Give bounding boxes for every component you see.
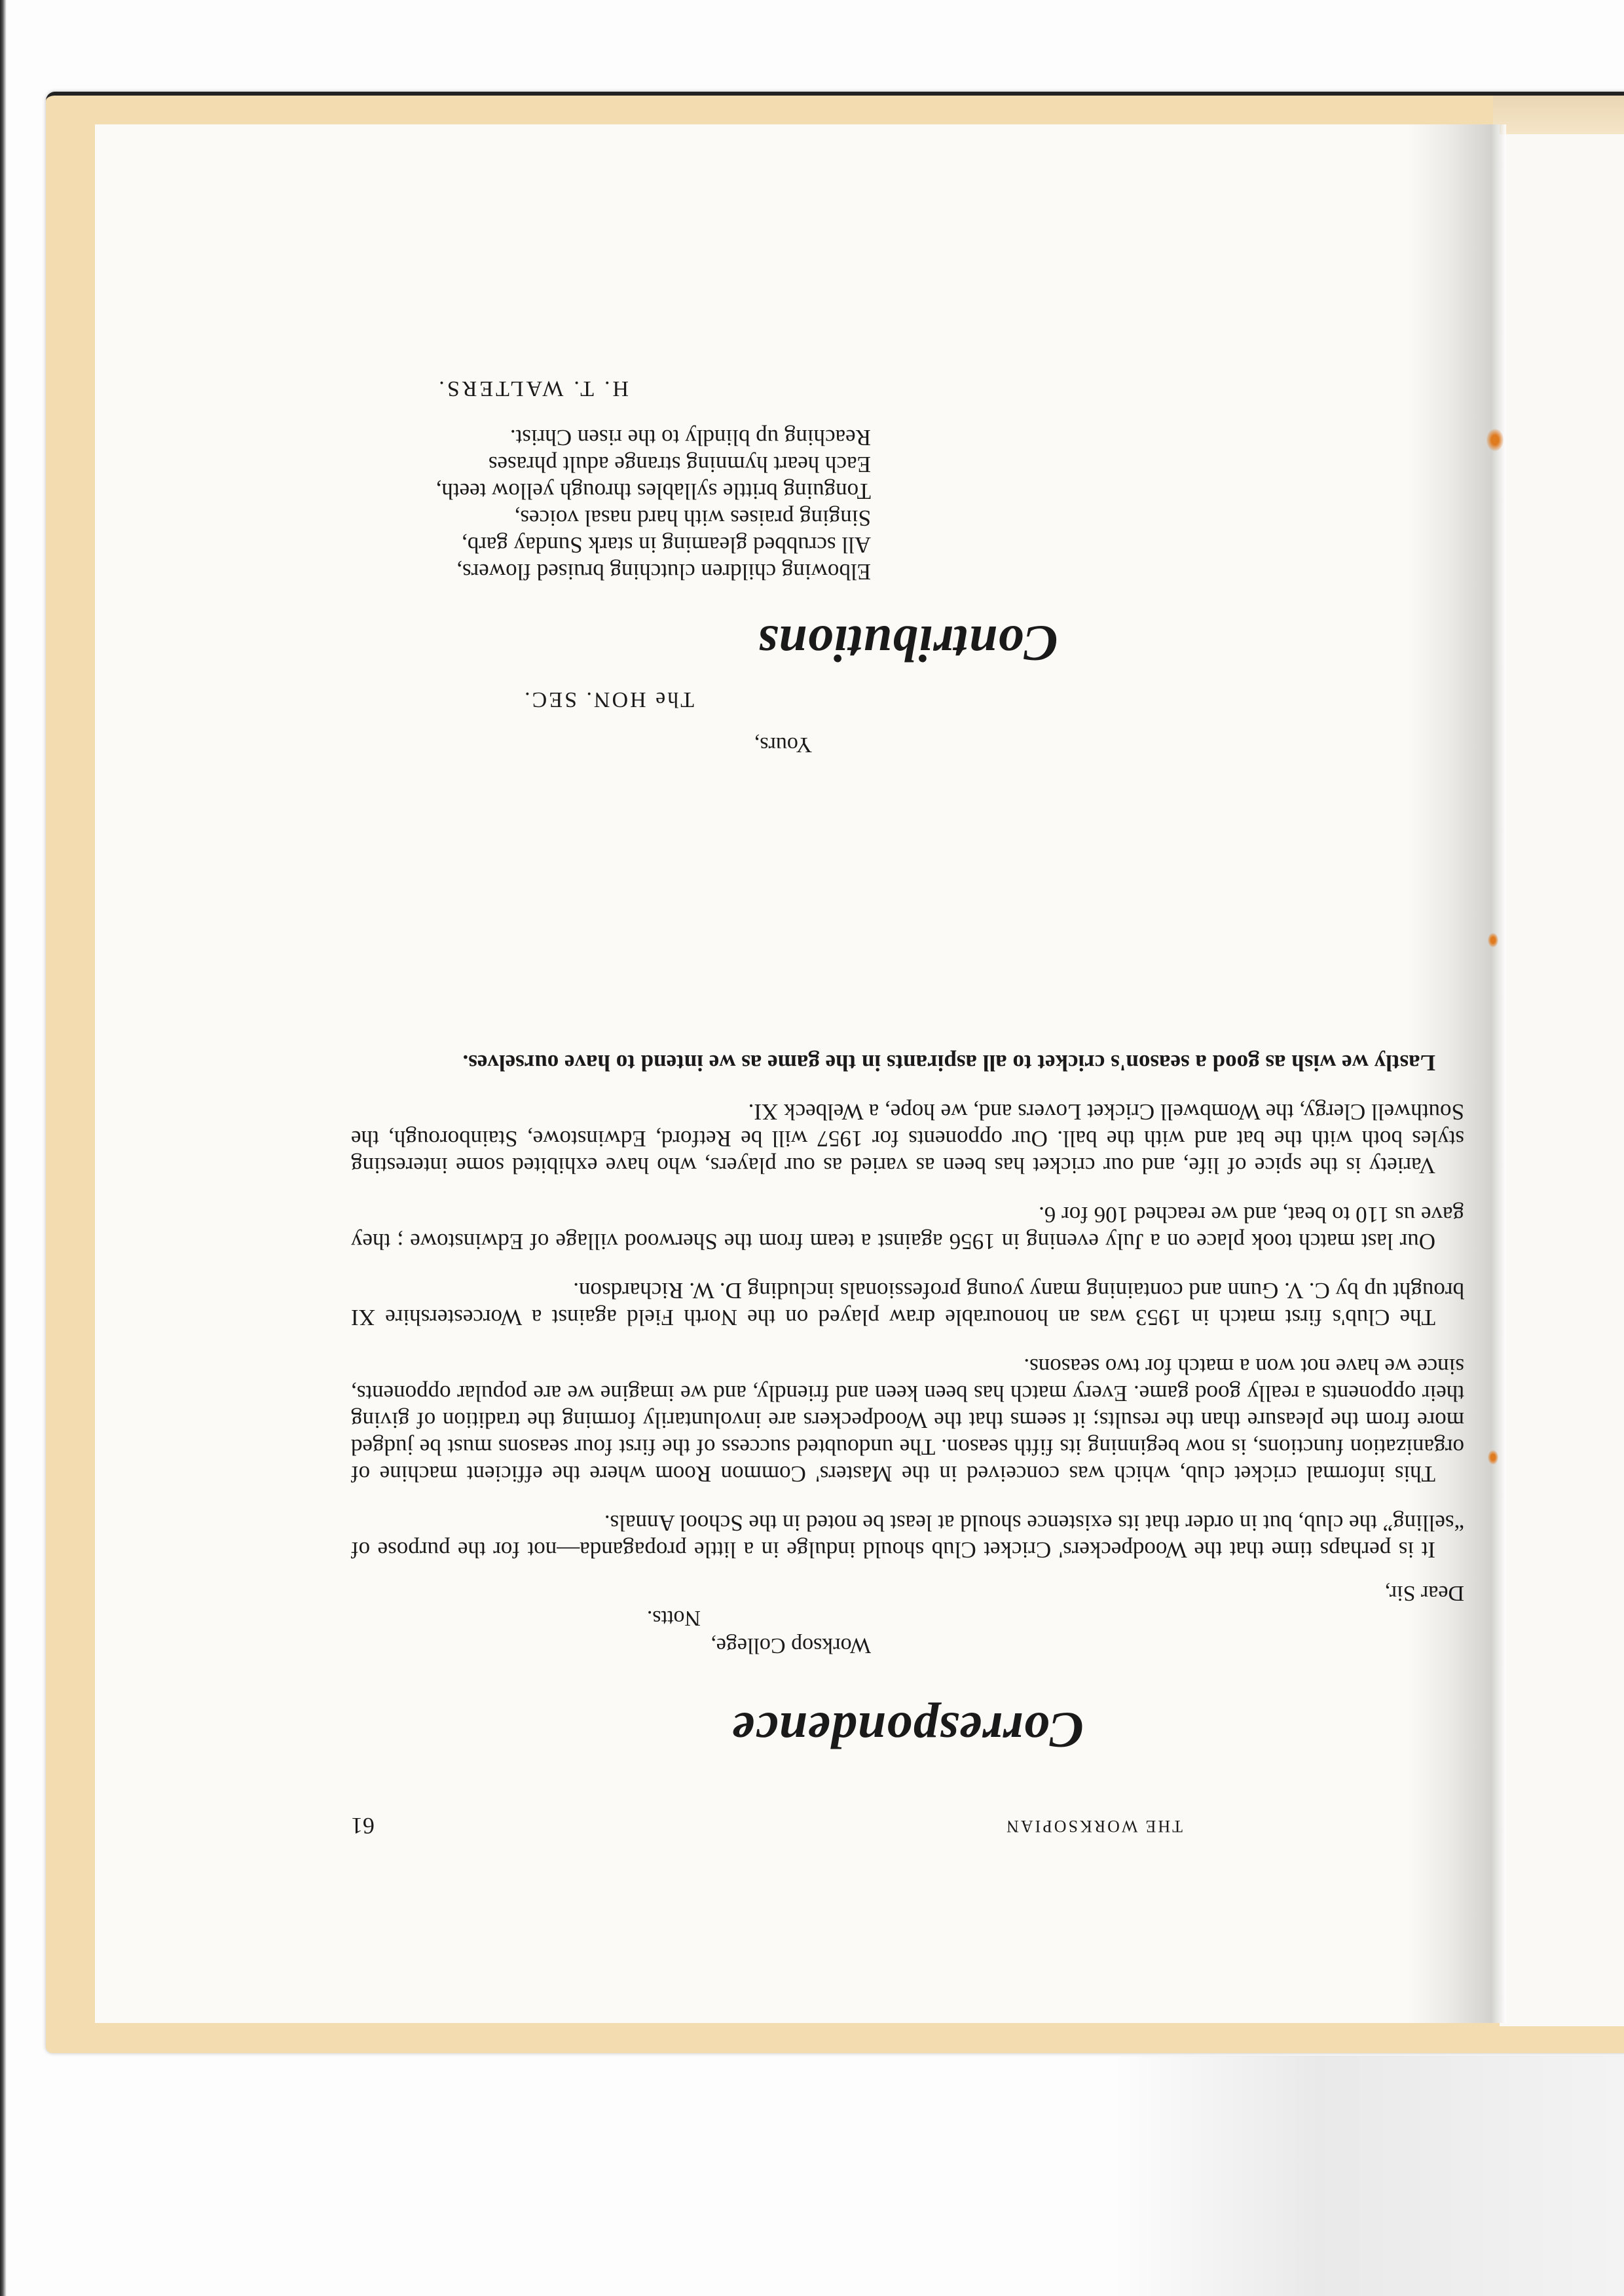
address-line-1: Worksop College, xyxy=(710,1631,871,1659)
magazine-title: THE WORKSOPIAN xyxy=(1005,1816,1183,1836)
page-number: 61 xyxy=(351,1812,375,1840)
page-content-rotated: THE WORKSOPIAN 61 Correspondence Worksop… xyxy=(95,124,1500,2023)
poem-author: H. T. WALTERS. xyxy=(436,376,629,401)
poem-line: All scrubbed gleaming in stark Sunday ga… xyxy=(436,532,871,558)
letter-paragraph: Our last match took place on a July even… xyxy=(351,1201,1464,1255)
poem-line: Elbowing children clutching bruised flow… xyxy=(436,558,871,585)
facing-page xyxy=(1500,134,1624,2026)
magazine-page: THE WORKSOPIAN 61 Correspondence Worksop… xyxy=(95,124,1500,2023)
letter-body: It is perhaps time that the Woodpeckers'… xyxy=(351,1049,1464,1563)
stain-mark xyxy=(1488,933,1498,947)
poem: Elbowing children clutching bruised flow… xyxy=(436,424,871,585)
letter-signature: The HON. SEC. xyxy=(523,687,694,712)
letter-paragraph: This informal cricket club, which was co… xyxy=(351,1353,1464,1487)
closing: Yours, xyxy=(754,731,812,758)
scan-shadow xyxy=(1113,2056,1624,2296)
cover-spine-strip xyxy=(1493,96,1624,135)
contributions-heading: Contributions xyxy=(351,614,1464,673)
poem-line: Each heart hymning strange adult phrases xyxy=(436,451,871,478)
poem-line: Reaching up blindly to the risen Christ. xyxy=(436,424,871,451)
stain-mark xyxy=(1486,429,1504,451)
poem-line: Tonguing brittle syllables through yello… xyxy=(436,478,871,505)
poem-line: Singing praises with hard nasal voices, xyxy=(436,505,871,532)
letter-paragraph: Lastly we wish as good a season's cricke… xyxy=(351,1049,1464,1076)
letter-paragraph: It is perhaps time that the Woodpeckers'… xyxy=(351,1510,1464,1563)
correspondence-heading: Correspondence xyxy=(351,1701,1464,1760)
letter-paragraph: Variety is the spice of life, and our cr… xyxy=(351,1099,1464,1179)
address-line-2: Notts. xyxy=(647,1604,701,1631)
salutation: Dear Sir, xyxy=(1385,1579,1464,1607)
scan-edge xyxy=(0,0,7,2296)
letter-paragraph: The Club's first match in 1953 was an ho… xyxy=(351,1277,1464,1331)
stain-mark xyxy=(1488,1450,1498,1465)
